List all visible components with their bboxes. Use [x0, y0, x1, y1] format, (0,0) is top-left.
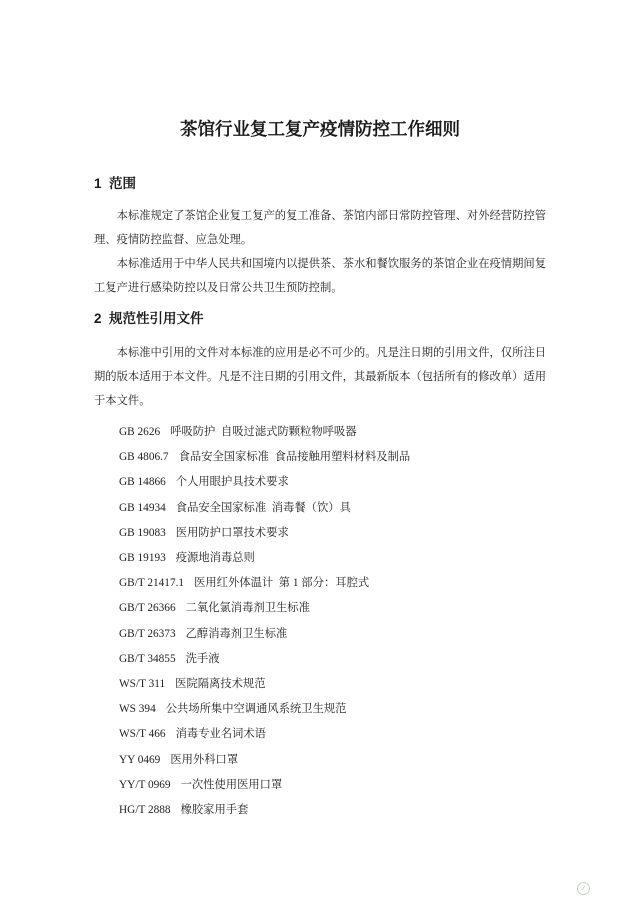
scope-paragraph-1: 本标准规定了茶馆企业复工复产的复工准备、茶馆内部日常防控管理、对外经营防控管理、…	[94, 204, 546, 252]
reference-item: HG/T 2888橡胶家用手套	[94, 798, 546, 823]
reference-item: GB/T 26373乙醇消毒剂卫生标准	[94, 622, 546, 647]
reference-code: GB 4806.7	[119, 451, 169, 463]
reference-code: GB 14866	[119, 476, 166, 488]
reference-title: 医用防护口罩技术要求	[176, 527, 289, 539]
reference-item: YY/T 0969一次性使用医用口罩	[94, 773, 546, 798]
reference-item: GB/T 34855洗手液	[94, 647, 546, 672]
reference-title: 一次性使用医用口罩	[181, 779, 283, 791]
reference-code: GB 19083	[119, 527, 166, 539]
reference-item: GB/T 26366二氧化氯消毒剂卫生标准	[94, 596, 546, 621]
reference-title: 医用外科口罩	[170, 754, 238, 766]
document-page: 茶馆行业复工复产疫情防控工作细则 1 范围 本标准规定了茶馆企业复工复产的复工准…	[0, 0, 640, 905]
document-title: 茶馆行业复工复产疫情防控工作细则	[0, 117, 640, 141]
reference-code: GB/T 21417.1	[119, 577, 184, 589]
check-glyph: ✓	[580, 885, 587, 893]
reference-code: GB/T 26366	[119, 602, 176, 614]
reference-code: GB/T 26373	[119, 628, 176, 640]
reference-title: 消毒专业名词术语	[176, 728, 266, 740]
reference-item: WS/T 466消毒专业名词术语	[94, 722, 546, 747]
reference-title: 食品安全国家标准 食品接触用塑料材料及制品	[179, 451, 411, 463]
reference-item: GB 14934食品安全国家标准 消毒餐（饮）具	[94, 496, 546, 521]
reference-item: GB 19193疫源地消毒总则	[94, 546, 546, 571]
reference-code: WS/T 466	[119, 728, 166, 740]
reference-title: 疫源地消毒总则	[176, 552, 255, 564]
document-content: 1 范围 本标准规定了茶馆企业复工复产的复工准备、茶馆内部日常防控管理、对外经营…	[94, 175, 546, 823]
reference-item: GB 14866个人用眼护具技术要求	[94, 470, 546, 495]
reference-item: GB 4806.7食品安全国家标准 食品接触用塑料材料及制品	[94, 445, 546, 470]
reference-title: 医院隔离技术规范	[175, 678, 265, 690]
reference-code: HG/T 2888	[119, 804, 171, 816]
reference-title: 乙醇消毒剂卫生标准	[186, 628, 288, 640]
reference-code: GB/T 34855	[119, 653, 176, 665]
normative-references-paragraph: 本标准中引用的文件对本标准的应用是必不可少的。凡是注日期的引用文件，仅所注日期的…	[94, 341, 546, 413]
section-heading-normative-references: 2 规范性引用文件	[94, 310, 546, 327]
reference-title: 洗手液	[186, 653, 220, 665]
reference-code: GB 19193	[119, 552, 166, 564]
reference-item: WS/T 311医院隔离技术规范	[94, 672, 546, 697]
reference-code: YY 0469	[119, 754, 160, 766]
reference-title: 个人用眼护具技术要求	[176, 476, 289, 488]
reference-item: GB 19083医用防护口罩技术要求	[94, 521, 546, 546]
reference-title: 医用红外体温计 第 1 部分：耳腔式	[194, 577, 369, 589]
reference-code: GB 14934	[119, 502, 166, 514]
section-heading-scope: 1 范围	[94, 175, 546, 192]
reference-item: GB 2626呼吸防护 自吸过滤式防颗粒物呼吸器	[94, 420, 546, 445]
reference-code: WS/T 311	[119, 678, 165, 690]
reference-title: 食品安全国家标准 消毒餐（饮）具	[176, 502, 351, 514]
reference-code: YY/T 0969	[119, 779, 171, 791]
reference-item: GB/T 21417.1医用红外体温计 第 1 部分：耳腔式	[94, 571, 546, 596]
reference-title: 公共场所集中空调通风系统卫生规范	[166, 703, 347, 715]
scope-paragraph-2: 本标准适用于中华人民共和国境内以提供茶、茶水和餐饮服务的茶馆企业在疫情期间复工复…	[94, 252, 546, 300]
reference-code: WS 394	[119, 703, 156, 715]
reference-list: GB 2626呼吸防护 自吸过滤式防颗粒物呼吸器GB 4806.7食品安全国家标…	[94, 420, 546, 823]
reference-item: YY 0469医用外科口罩	[94, 748, 546, 773]
reference-code: GB 2626	[119, 426, 160, 438]
reference-title: 二氧化氯消毒剂卫生标准	[186, 602, 310, 614]
reference-title: 橡胶家用手套	[181, 804, 249, 816]
reference-title: 呼吸防护 自吸过滤式防颗粒物呼吸器	[170, 426, 356, 438]
check-circle-icon: ✓	[577, 882, 590, 895]
reference-item: WS 394公共场所集中空调通风系统卫生规范	[94, 697, 546, 722]
